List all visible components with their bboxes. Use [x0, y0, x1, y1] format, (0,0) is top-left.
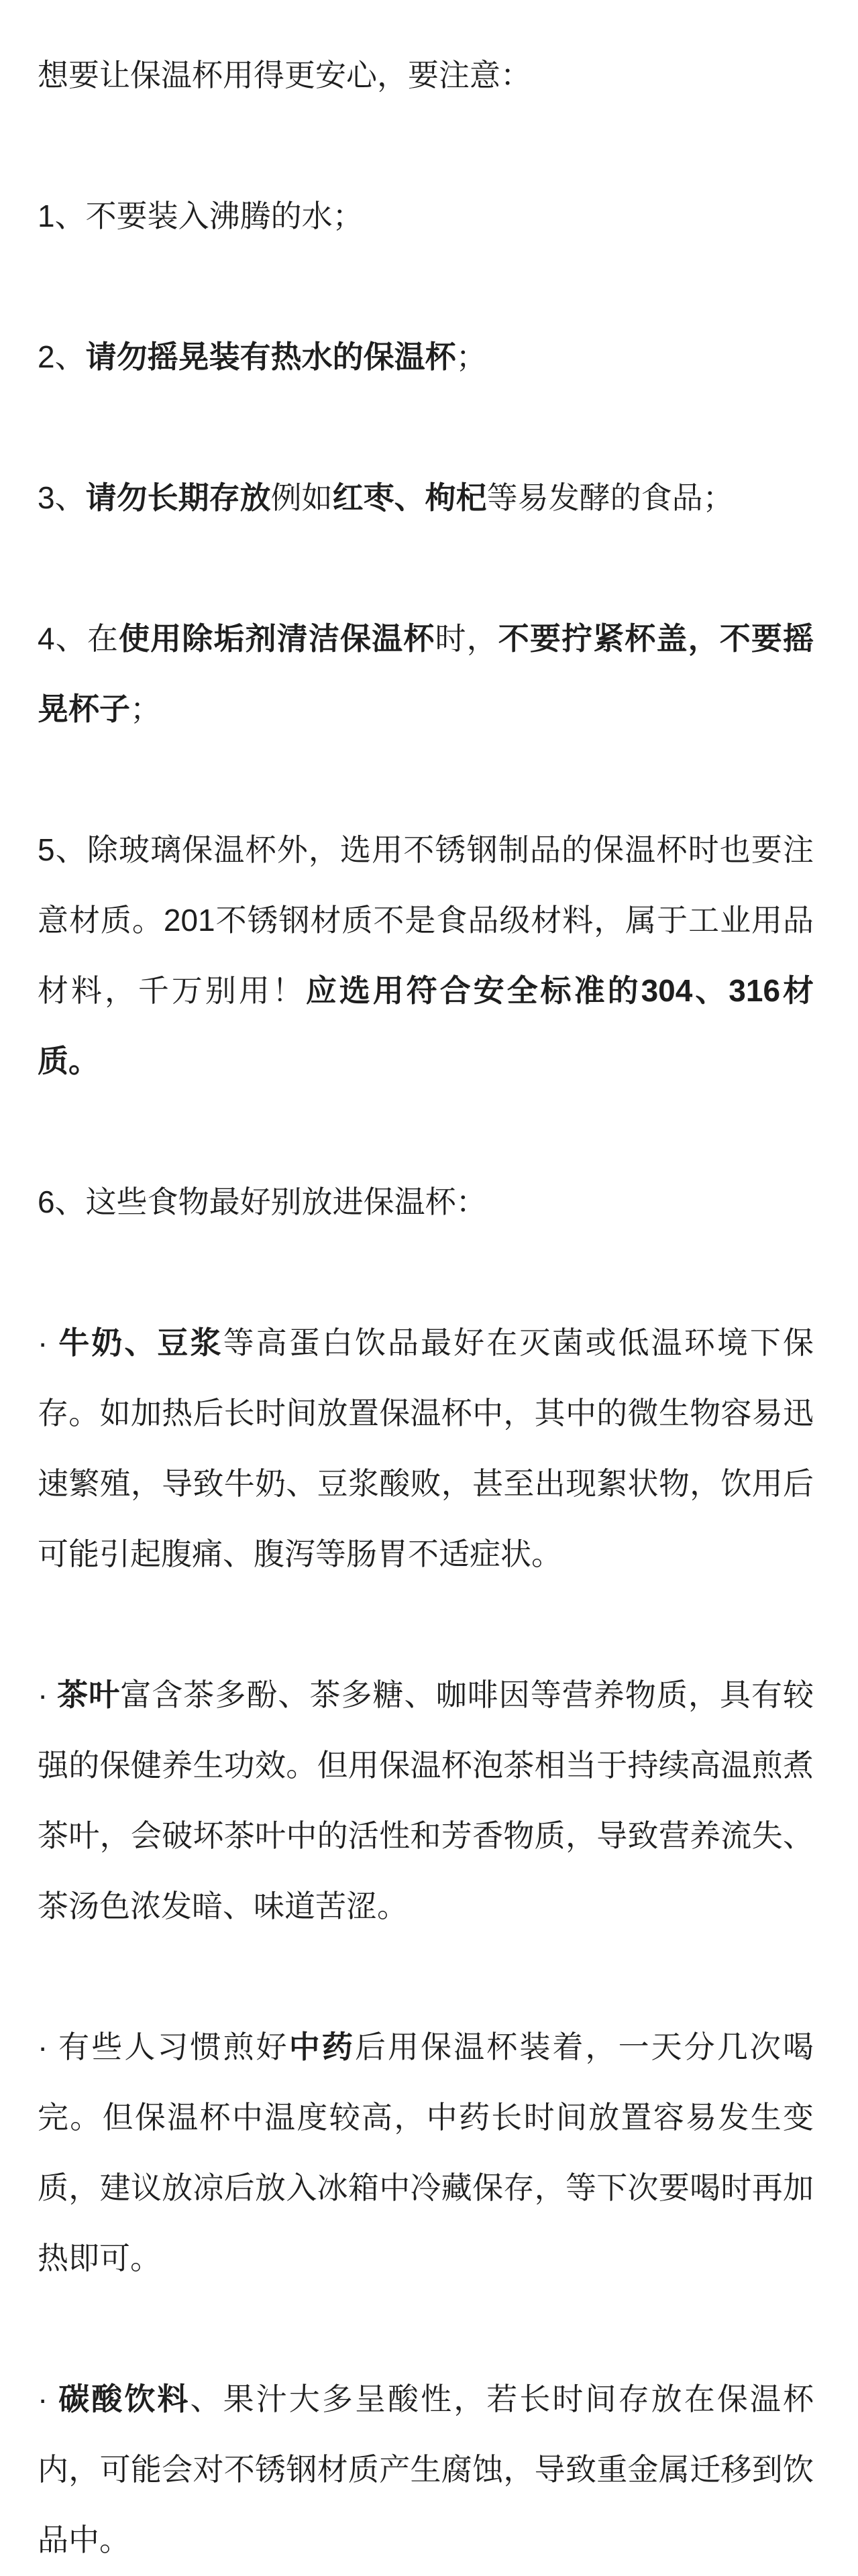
paragraph-tip-1-boiling-water: 1、不要装入沸腾的水；: [38, 181, 814, 251]
text-segment: 使用除垢剂清洁保温杯: [119, 621, 435, 656]
paragraph-tip-6-foods-to-avoid: 6、这些食物最好别放进保温杯：: [38, 1167, 814, 1237]
text-segment: 等易发酵的食品；: [487, 480, 734, 515]
text-segment: 例如: [271, 480, 333, 515]
text-segment: 茶叶: [57, 1677, 120, 1712]
text-segment: 富含茶多酚、茶多糖、咖啡因等营养物质，具有较强的保健养生功效。但用保温杯泡茶相当…: [38, 1677, 814, 1923]
text-segment: 红枣、枸杞: [333, 480, 487, 515]
text-segment: 3、: [38, 480, 86, 515]
paragraph-tip-4-descaling: 4、在使用除垢剂清洁保温杯时，不要拧紧杯盖，不要摇晃杯子；: [38, 604, 814, 744]
paragraph-bullet-milk-soymilk: · 牛奶、豆浆等高蛋白饮品最好在灭菌或低温环境下保存。如加热后长时间放置保温杯中…: [38, 1308, 814, 1589]
text-segment: 牛奶、豆浆: [58, 1325, 223, 1360]
paragraph-bullet-herbal-medicine: · 有些人习惯煎好中药后用保温杯装着，一天分几次喝完。但保温杯中温度较高，中药长…: [38, 2012, 814, 2294]
text-segment: 碳酸饮料: [58, 2382, 190, 2416]
article: 想要让保温杯用得更安心，要注意：1、不要装入沸腾的水；2、请勿摇晃装有热水的保温…: [0, 0, 858, 2575]
text-segment: ；: [130, 691, 161, 726]
text-segment: 2、: [38, 339, 86, 374]
paragraph-tip-2-no-shaking: 2、请勿摇晃装有热水的保温杯；: [38, 322, 814, 392]
paragraph-intro: 想要让保温杯用得更安心，要注意：: [38, 40, 814, 111]
paragraph-bullet-tea: · 茶叶富含茶多酚、茶多糖、咖啡因等营养物质，具有较强的保健养生功效。但用保温杯…: [38, 1660, 814, 1942]
paragraph-bullet-carbonated-drinks: · 碳酸饮料、果汁大多呈酸性，若长时间存放在保温杯内，可能会对不锈钢材质产生腐蚀…: [38, 2364, 814, 2575]
text-segment: ·: [38, 1325, 58, 1360]
text-segment: 想要让保温杯用得更安心，要注意：: [38, 58, 531, 93]
text-segment: 请勿摇晃装有热水的保温杯: [86, 339, 456, 374]
text-segment: · 有些人习惯煎好: [38, 2029, 289, 2064]
text-segment: 时，: [435, 621, 498, 656]
text-segment: 等高蛋白饮品最好在灭菌或低温环境下保存。如加热后长时间放置保温杯中，其中的微生物…: [38, 1325, 814, 1571]
text-segment: 6、这些食物最好别放进保温杯：: [38, 1184, 487, 1219]
text-segment: 4、在: [38, 621, 119, 656]
text-segment: 请勿长期存放: [86, 480, 271, 515]
text-segment: ·: [38, 2382, 58, 2416]
text-segment: ·: [38, 1677, 57, 1712]
text-segment: ；: [456, 339, 487, 374]
paragraph-tip-5-stainless-steel-grade: 5、除玻璃保温杯外，选用不锈钢制品的保温杯时也要注意材质。201不锈钢材质不是食…: [38, 815, 814, 1097]
text-segment: 1、不要装入沸腾的水；: [38, 199, 364, 233]
paragraph-tip-3-no-long-storage: 3、请勿长期存放例如红枣、枸杞等易发酵的食品；: [38, 463, 814, 533]
text-segment: 后用保温杯装着，一天分几次喝完。但保温杯中温度较高，中药长时间放置容易发生变质，…: [38, 2029, 814, 2276]
text-segment: 中药: [289, 2029, 355, 2064]
